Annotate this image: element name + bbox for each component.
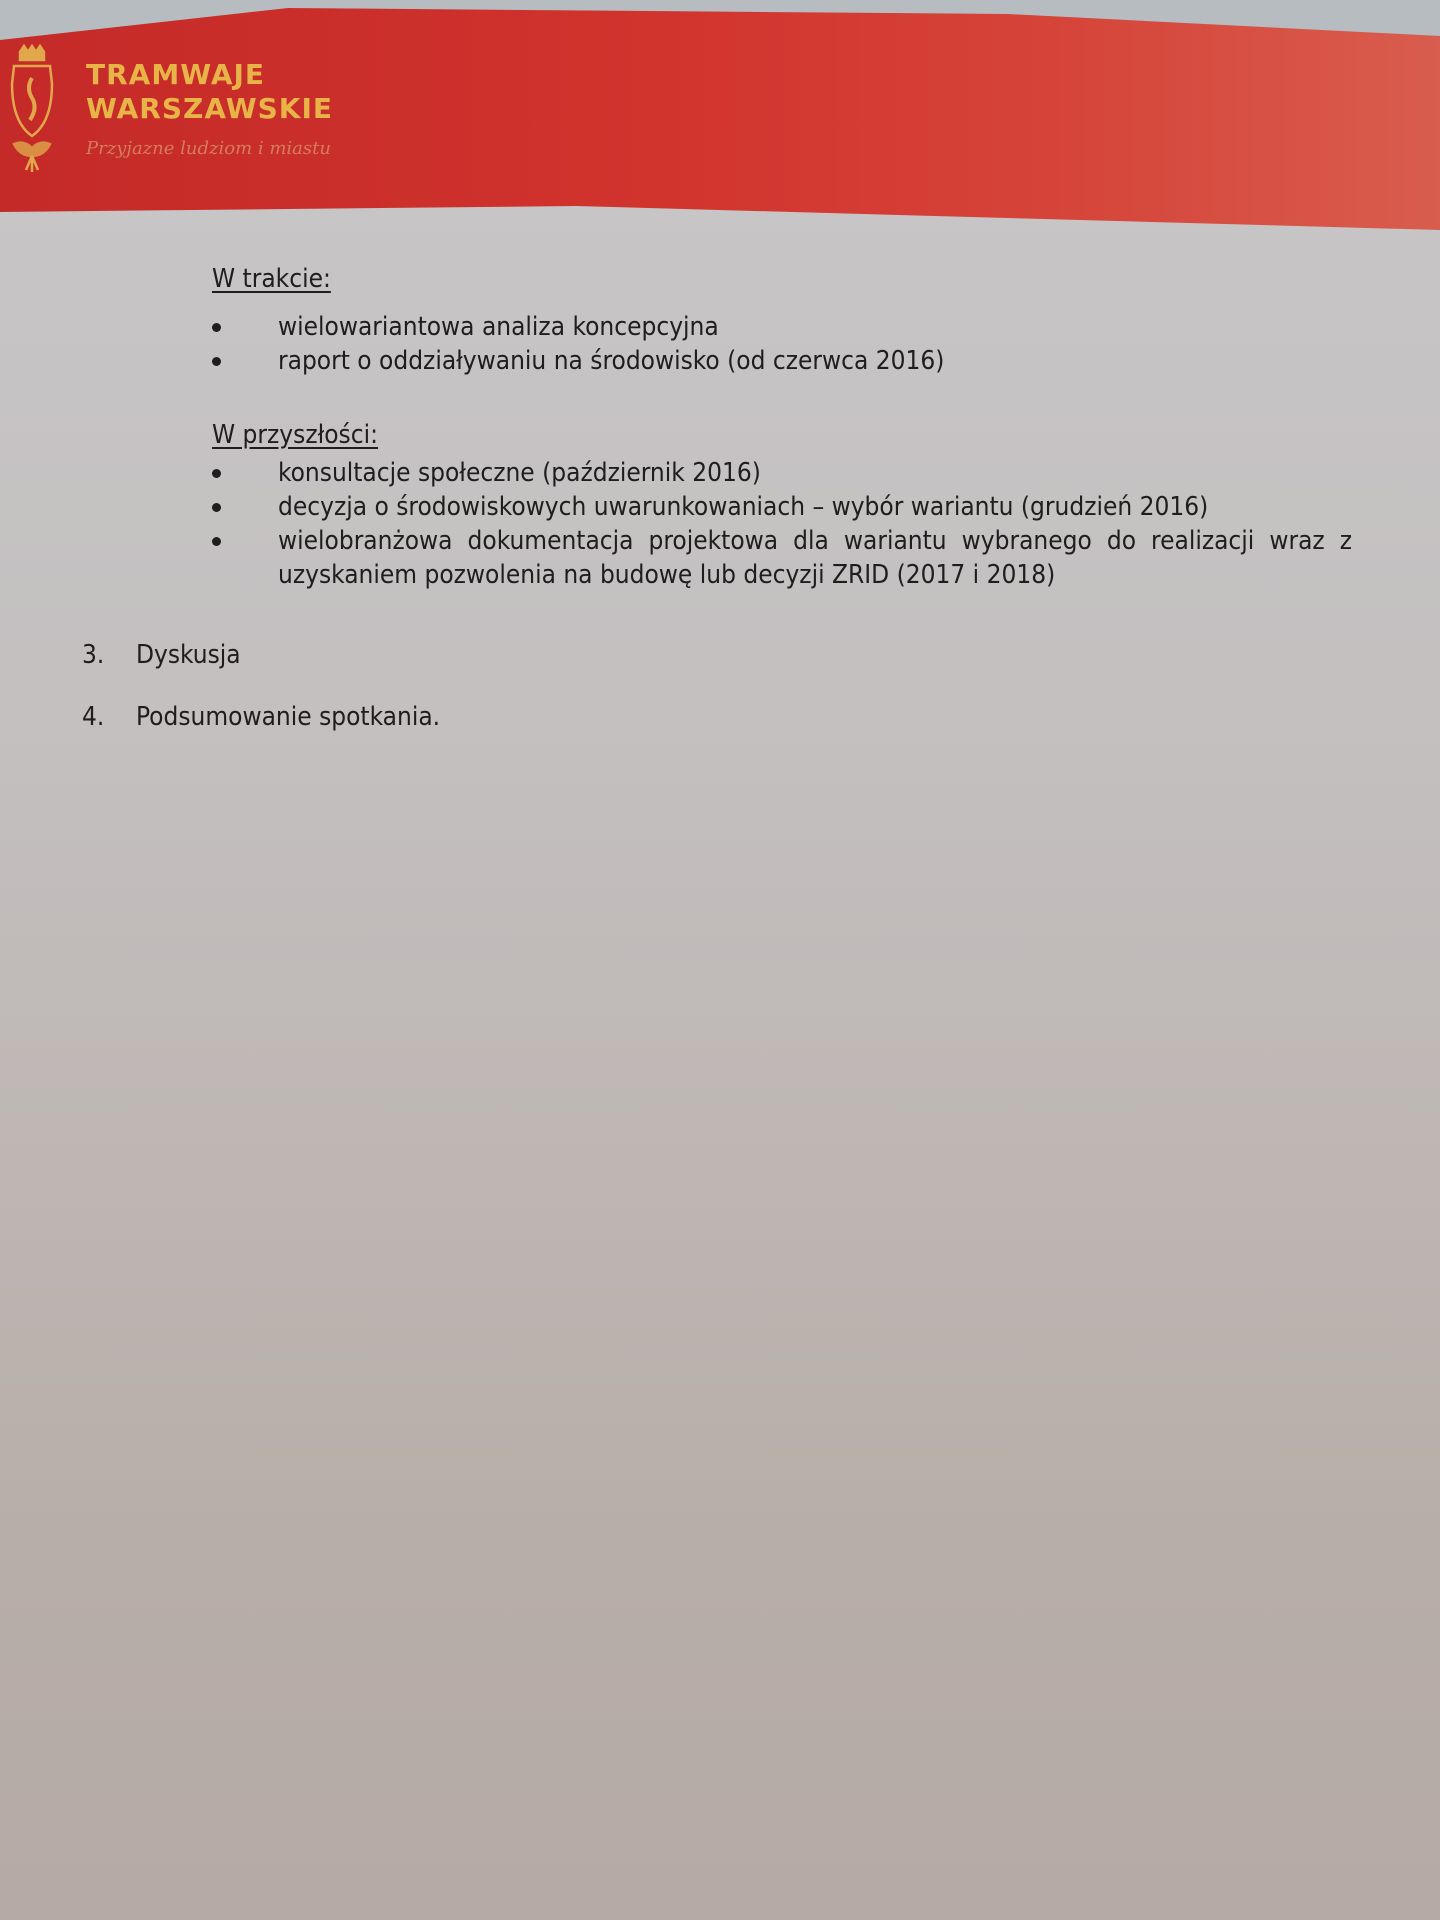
- list-item: raport o oddziaływaniu na środowisko (od…: [212, 344, 944, 378]
- bullet-icon: [212, 357, 221, 366]
- agenda-item-4: 4. Podsumowanie spotkania.: [82, 700, 440, 734]
- bullet-icon: [212, 537, 221, 546]
- agenda-item-3: 3. Dyskusja: [82, 638, 241, 672]
- list-item: decyzja o środowiskowych uwarunkowaniach…: [212, 490, 1352, 524]
- warsaw-mermaid-crest-icon: [4, 44, 60, 174]
- bullet-icon: [212, 469, 221, 478]
- brand-line-2: WARSZAWSKIE: [86, 92, 333, 126]
- bullet-icon: [212, 503, 221, 512]
- agenda-label: Podsumowanie spotkania.: [136, 700, 440, 734]
- in-progress-list: wielowariantowa analiza koncepcyjna rapo…: [212, 310, 944, 378]
- agenda-label: Dyskusja: [136, 638, 241, 672]
- list-item: konsultacje społeczne (październik 2016): [212, 456, 1352, 490]
- section-heading-in-progress: W trakcie:: [212, 262, 331, 296]
- bullet-icon: [212, 323, 221, 332]
- section-heading-future: W przyszłości:: [212, 418, 378, 452]
- future-list: konsultacje społeczne (październik 2016)…: [212, 456, 1352, 592]
- list-item: wielowariantowa analiza koncepcyjna: [212, 310, 944, 344]
- brand-name: TRAMWAJE WARSZAWSKIE: [86, 58, 333, 126]
- brand-tagline: Przyjazne ludziom i miastu: [86, 138, 331, 159]
- agenda-number: 3.: [82, 638, 136, 672]
- list-item: wielobranżowa dokumentacja projektowa dl…: [212, 524, 1352, 592]
- agenda-number: 4.: [82, 700, 136, 734]
- brand-line-1: TRAMWAJE: [86, 58, 333, 92]
